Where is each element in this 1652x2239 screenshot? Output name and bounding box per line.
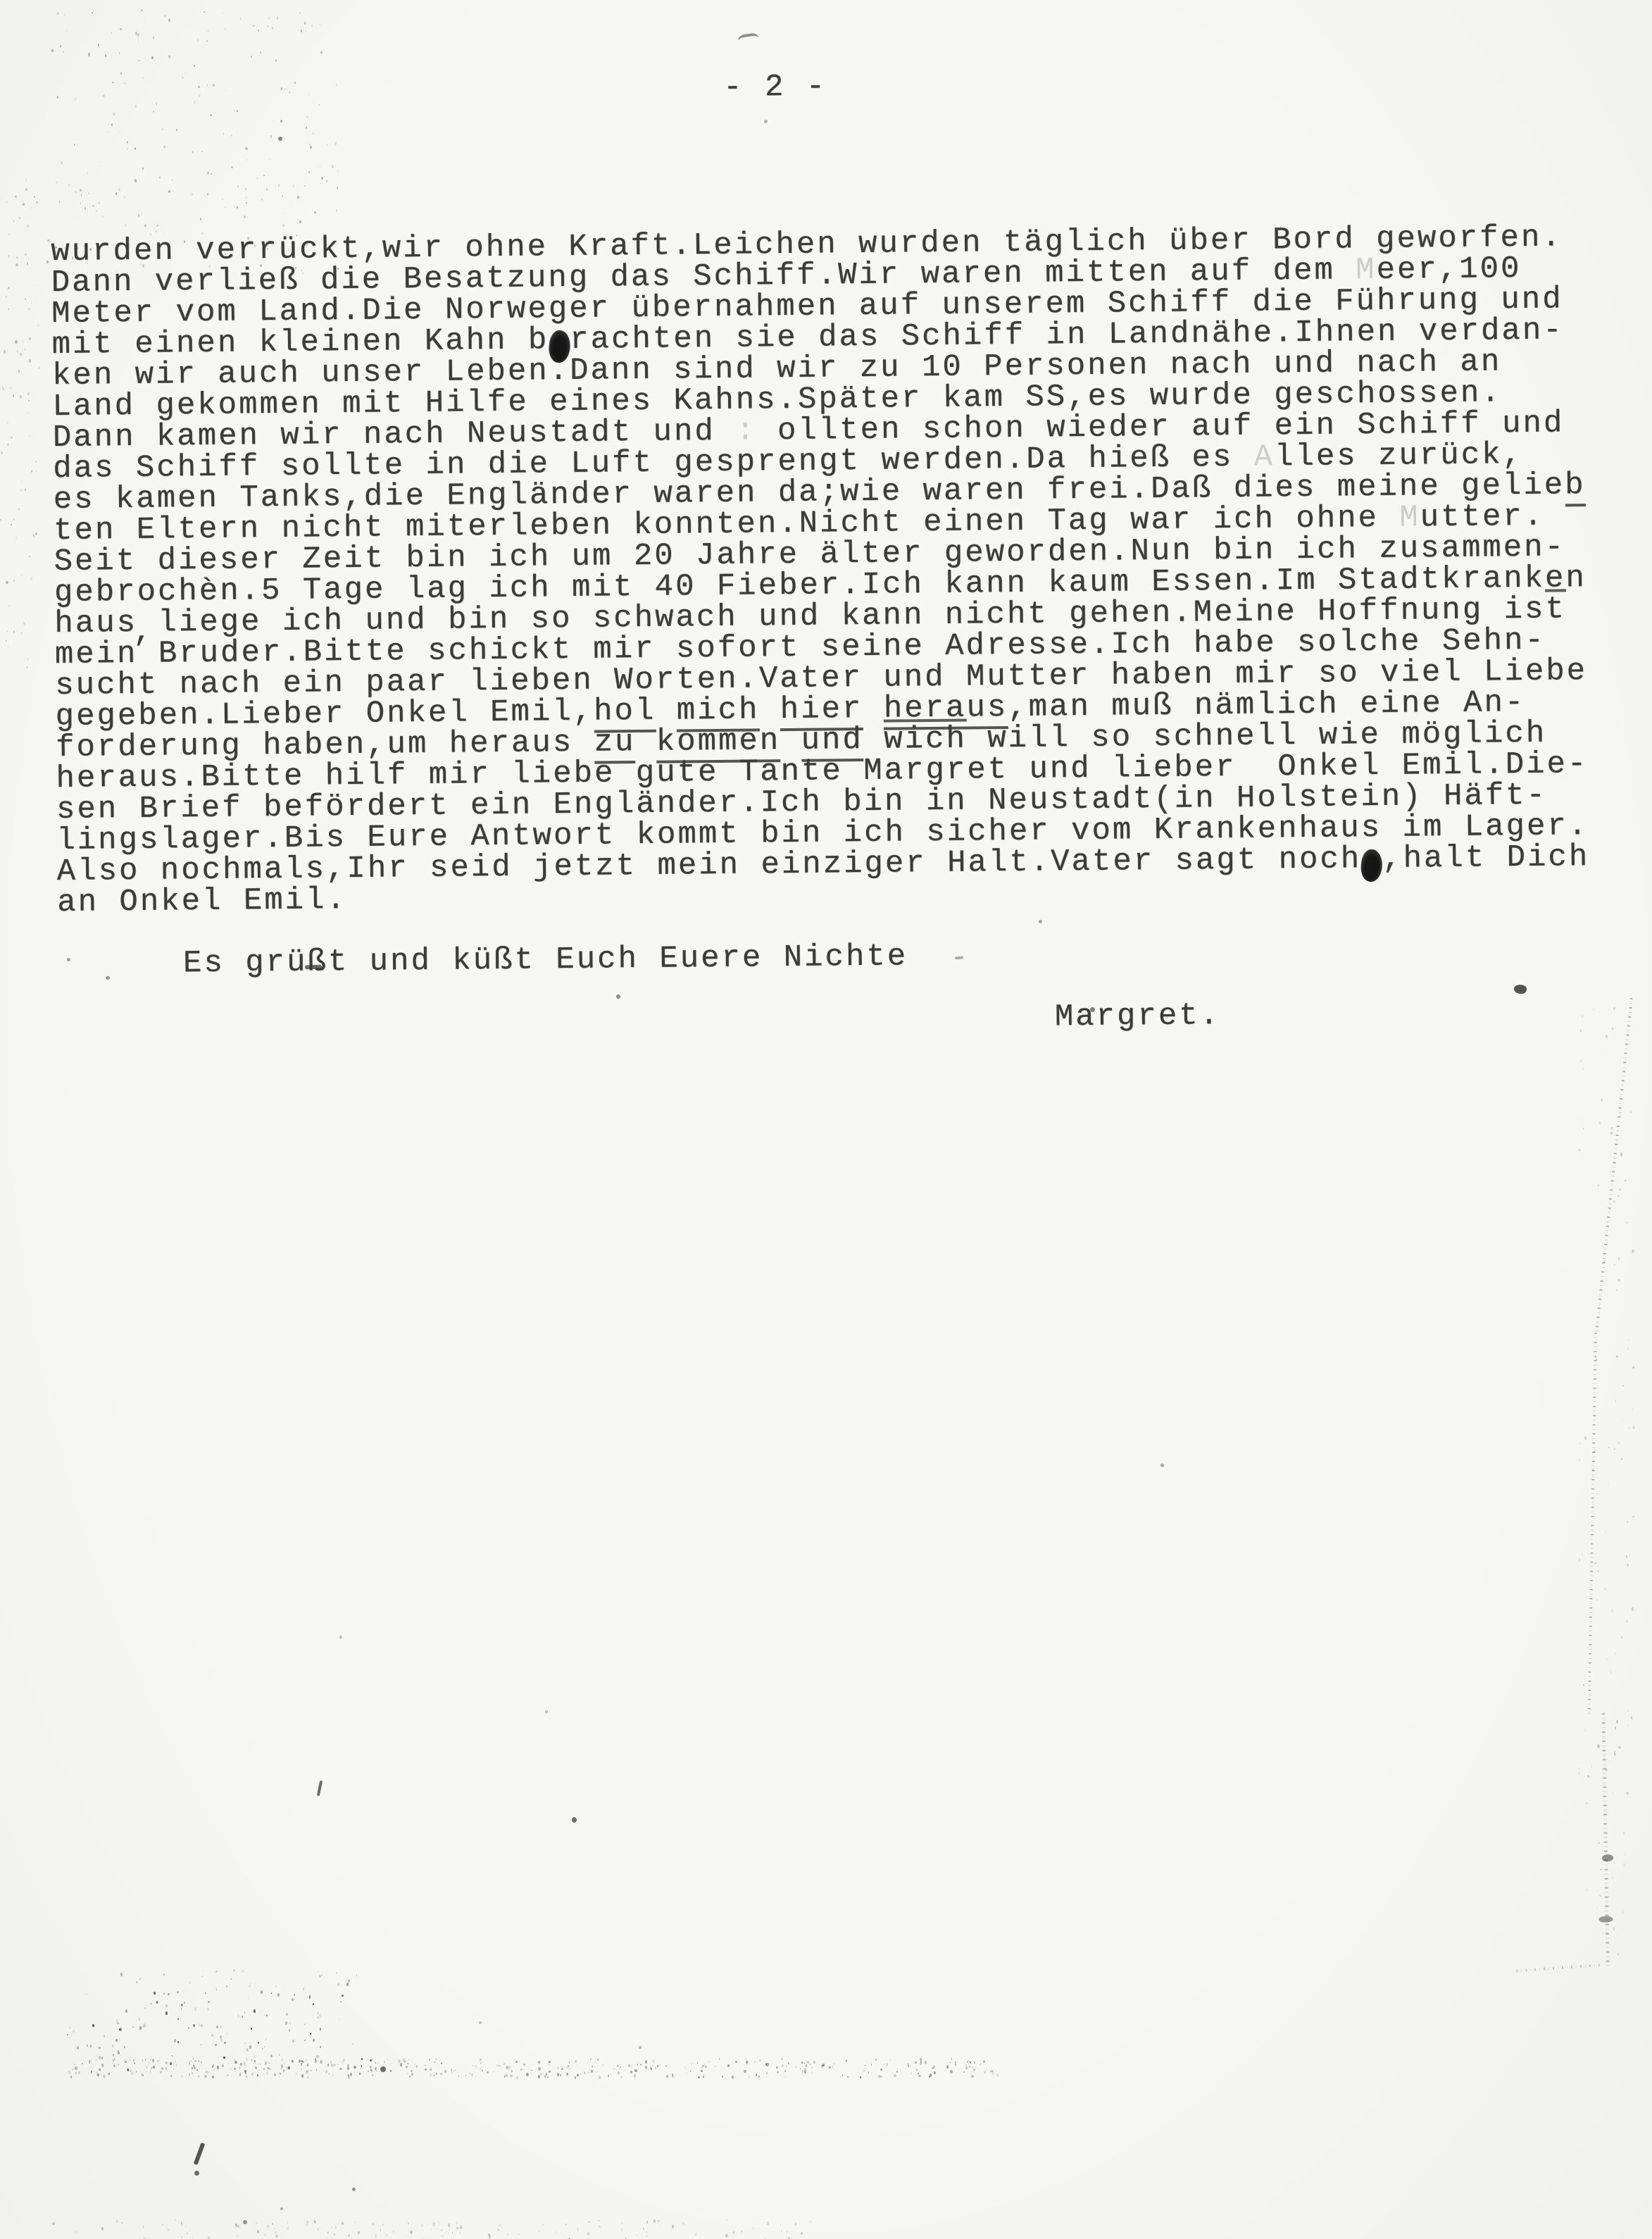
scan-noise-dot	[473, 2076, 473, 2078]
scan-noise-dot	[193, 2064, 194, 2065]
scan-noise-dot	[348, 2074, 349, 2077]
scan-noise-dot	[884, 2063, 885, 2064]
scan-noise-dot	[220, 2038, 223, 2042]
scan-noise-dot	[766, 2072, 768, 2074]
scan-noise-dot	[1623, 1863, 1625, 1866]
scan-noise-dot	[1607, 1658, 1608, 1660]
scan-noise-dot	[599, 2076, 601, 2079]
scan-noise-dot	[650, 2066, 651, 2069]
scan-noise-dot	[208, 2071, 209, 2073]
scan-noise-dot	[215, 1971, 218, 1973]
scan-noise-dot	[1617, 1190, 1618, 1191]
scan-noise-dot	[1579, 1442, 1581, 1445]
scan-noise-dot	[1592, 1468, 1594, 1471]
scan-noise-dot	[251, 56, 252, 58]
scan-noise-dot	[1597, 1570, 1599, 1573]
scan-noise-dot	[1610, 1761, 1611, 1763]
scanned-letter-page: - 2 - wurden verrückt,wir ohne Kraft.Lei…	[0, 0, 1652, 2239]
scan-noise-dot	[777, 2071, 779, 2073]
scan-noise-dot	[177, 2018, 179, 2020]
scan-noise-dot	[1616, 1289, 1617, 1292]
scan-noise-dot	[257, 2074, 258, 2077]
scan-noise-dot	[73, 2030, 75, 2033]
scan-noise-dot	[264, 2046, 265, 2047]
scan-noise-dot	[190, 2060, 192, 2062]
scan-noise-dot	[937, 2073, 938, 2074]
scan-noise-dot	[96, 2059, 97, 2061]
scan-noise-dot	[557, 2073, 559, 2076]
scan-noise-dot	[1600, 1869, 1602, 1871]
scan-noise-dot	[99, 2047, 101, 2049]
scan-noise-dot	[603, 2064, 603, 2066]
text-segment	[759, 692, 780, 728]
scan-noise-dot	[8, 308, 8, 310]
scan-noise-dot	[361, 2058, 363, 2060]
scan-noise-dot	[202, 1976, 203, 1977]
scan-noise-dot	[244, 2062, 246, 2066]
scan-noise-dot	[350, 2073, 352, 2076]
scan-noise-dot	[804, 2070, 806, 2073]
scan-noise-dot	[1609, 1920, 1610, 1922]
scan-noise-dot	[181, 2004, 182, 2007]
scan-noise-dot	[590, 2058, 592, 2059]
scan-noise-dot	[577, 2073, 578, 2075]
text-segment: wich	[884, 719, 967, 758]
scan-noise-dot	[971, 2075, 973, 2078]
scan-noise-dot	[320, 2046, 321, 2048]
scan-noise-dot	[331, 2064, 333, 2067]
scan-noise-dot	[1603, 1261, 1606, 1263]
scan-noise-dot	[1580, 1029, 1582, 1033]
scan-noise-dot	[320, 2046, 321, 2048]
scan-noise-dot	[410, 2231, 412, 2234]
scan-noise-dot	[201, 2044, 201, 2045]
scan-noise-dot	[168, 1993, 170, 1996]
scan-noise-dot	[241, 2221, 242, 2222]
scan-noise-dot	[497, 2228, 499, 2231]
scan-noise-dot	[749, 2076, 749, 2078]
scan-noise-dot	[25, 188, 27, 191]
scan-noise-dot	[560, 2074, 561, 2076]
scan-noise-dot	[965, 2064, 967, 2066]
scan-noise-dot	[846, 2059, 847, 2062]
scan-noise-dot	[36, 201, 38, 204]
scan-noise-dot	[1619, 1188, 1620, 1191]
scan-noise-dot	[165, 15, 166, 17]
scan-noise-dot	[118, 2064, 119, 2066]
scan-noise-dot	[216, 1989, 217, 1991]
scan-noise-dot	[380, 2229, 381, 2231]
scan-noise-dot	[199, 2060, 199, 2062]
scan-noise-dot	[143, 2226, 144, 2228]
scan-noise-dot	[971, 2071, 972, 2073]
scan-noise-dot	[803, 2070, 804, 2072]
scan-noise-dot	[592, 2066, 593, 2067]
text-segment	[656, 693, 677, 728]
scan-noise-dot	[754, 2061, 756, 2064]
scan-noise-dot	[804, 2068, 806, 2071]
scan-noise-dot	[504, 2076, 506, 2078]
scan-noise-dot	[99, 2056, 101, 2059]
scan-noise-dot	[6, 201, 7, 203]
scan-noise-dot	[156, 2001, 158, 2003]
fold-crease	[1595, 998, 1633, 1335]
scan-noise-dot	[651, 2068, 652, 2070]
scan-noise-dot	[1587, 1775, 1589, 1778]
scan-noise-dot	[271, 1992, 272, 1994]
scan-noise-dot	[157, 2060, 159, 2062]
scan-noise-dot	[538, 2075, 540, 2078]
scan-noise-dot	[608, 2075, 608, 2077]
scan-speck	[1601, 1854, 1613, 1863]
scan-noise-dot	[281, 2064, 283, 2067]
text-segment: A	[1253, 439, 1275, 475]
scan-noise-dot	[168, 55, 170, 58]
scan-noise-dot	[1613, 1792, 1615, 1795]
scan-noise-dot	[480, 2059, 482, 2061]
scan-noise-dot	[510, 2066, 512, 2069]
scan-noise-dot	[342, 1995, 344, 1997]
scan-noise-dot	[282, 2059, 283, 2061]
scan-noise-dot	[19, 395, 21, 398]
scan-noise-dot	[116, 2019, 118, 2023]
scan-noise-dot	[170, 2062, 172, 2065]
scan-noise-dot	[38, 325, 39, 326]
scan-noise-dot	[659, 2064, 661, 2066]
scan-noise-dot	[316, 2069, 317, 2071]
scan-noise-dot	[1607, 1221, 1608, 1223]
scan-noise-dot	[288, 2066, 290, 2070]
scan-noise-dot	[398, 2059, 400, 2063]
scan-noise-dot	[127, 2069, 129, 2071]
scan-noise-dot	[577, 2228, 579, 2230]
scan-noise-dot	[1608, 1957, 1610, 1959]
scan-noise-dot	[90, 2045, 92, 2047]
scan-noise-dot	[1632, 1607, 1634, 1611]
scan-noise-dot	[237, 2225, 239, 2227]
scan-noise-dot	[86, 1994, 87, 1995]
scan-noise-dot	[320, 2060, 322, 2064]
scan-noise-dot	[313, 2003, 314, 2005]
scan-noise-dot	[655, 2066, 657, 2069]
scan-speck	[280, 2207, 283, 2210]
scan-noise-dot	[91, 2071, 92, 2073]
scan-noise-dot	[223, 2057, 225, 2059]
scan-noise-dot	[812, 2067, 813, 2069]
scan-noise-dot	[565, 2224, 567, 2226]
scan-noise-dot	[690, 2069, 692, 2072]
scan-noise-dot	[194, 65, 196, 67]
scan-noise-dot	[915, 2062, 917, 2064]
scan-noise-dot	[951, 2058, 953, 2060]
scan-noise-dot	[320, 24, 320, 25]
scan-noise-dot	[983, 2060, 985, 2063]
scan-noise-dot	[437, 2220, 439, 2223]
scan-noise-dot	[516, 2076, 518, 2080]
scan-noise-dot	[234, 2061, 237, 2064]
header-gap	[49, 94, 1652, 237]
scan-noise-dot	[510, 2075, 512, 2077]
scan-noise-dot	[239, 2066, 239, 2068]
scan-noise-dot	[235, 2071, 237, 2073]
scan-noise-dot	[920, 2058, 921, 2061]
scan-noise-dot	[1586, 1802, 1587, 1804]
scan-noise-dot	[1583, 1684, 1585, 1686]
scan-noise-dot	[196, 2069, 197, 2071]
scan-noise-dot	[1613, 1927, 1615, 1930]
scan-noise-dot	[217, 2066, 219, 2069]
scan-noise-dot	[781, 2058, 783, 2060]
scan-speck	[380, 2066, 386, 2072]
scan-noise-dot	[890, 2059, 891, 2061]
scan-noise-dot	[340, 2001, 341, 2002]
scan-noise-dot	[7, 422, 8, 425]
scan-noise-dot	[342, 2222, 343, 2224]
scan-noise-dot	[690, 2071, 691, 2072]
scan-noise-dot	[138, 60, 140, 62]
scan-noise-dot	[386, 2234, 388, 2237]
scan-speck	[572, 1817, 577, 1823]
scan-noise-dot	[251, 2059, 253, 2062]
scan-noise-dot	[36, 470, 37, 471]
scan-noise-dot	[322, 1974, 323, 1976]
scan-noise-dot	[70, 2076, 72, 2078]
scan-noise-dot	[47, 239, 49, 242]
scan-noise-dot	[628, 2064, 630, 2067]
scan-noise-dot	[393, 2231, 394, 2233]
scan-noise-dot	[194, 2065, 194, 2067]
scan-noise-dot	[316, 2055, 318, 2058]
scan-noise-dot	[702, 2065, 703, 2067]
scan-noise-dot	[451, 2069, 452, 2071]
scan-noise-dot	[666, 2075, 668, 2078]
scan-noise-dot	[871, 2064, 872, 2065]
scan-noise-dot	[167, 2229, 169, 2231]
scan-noise-dot	[330, 2061, 332, 2064]
scan-noise-dot	[144, 2237, 146, 2239]
scan-noise-dot	[246, 2076, 247, 2078]
scan-noise-dot	[265, 2038, 266, 2040]
scan-noise-dot	[156, 63, 156, 64]
scan-noise-dot	[804, 2062, 806, 2064]
scan-noise-dot	[132, 2026, 134, 2028]
scan-noise-dot	[934, 2071, 936, 2074]
scan-noise-dot	[35, 532, 37, 535]
scan-noise-dot	[301, 2074, 304, 2078]
scan-noise-dot	[208, 30, 208, 32]
scan-noise-dot	[584, 2071, 585, 2074]
scan-noise-dot	[160, 2071, 162, 2073]
scan-noise-dot	[119, 52, 120, 54]
scan-noise-dot	[1632, 1366, 1634, 1368]
scan-noise-dot	[266, 2071, 268, 2075]
scan-noise-dot	[372, 2059, 373, 2061]
scan-noise-dot	[303, 1988, 304, 1990]
scan-noise-dot	[197, 39, 199, 42]
scan-noise-dot	[1628, 1339, 1629, 1341]
scan-noise-dot	[360, 2065, 361, 2067]
scan-noise-dot	[99, 2069, 101, 2071]
fold-crease	[1512, 1964, 1600, 1973]
scan-noise-dot	[113, 2064, 115, 2067]
scan-noise-dot	[165, 2012, 168, 2015]
scan-noise-dot	[177, 2041, 178, 2043]
scan-noise-dot	[246, 2048, 249, 2051]
scan-noise-dot	[72, 2068, 74, 2071]
scan-noise-dot	[212, 2076, 214, 2078]
scan-noise-dot	[154, 1992, 156, 1994]
scan-noise-dot	[1626, 1555, 1627, 1558]
scan-noise-dot	[258, 2042, 259, 2044]
scan-noise-dot	[165, 2004, 168, 2007]
scan-noise-dot	[384, 2061, 386, 2064]
scan-noise-dot	[572, 2066, 574, 2068]
scan-noise-dot	[822, 2064, 825, 2066]
scan-noise-dot	[15, 212, 15, 213]
scan-noise-dot	[8, 255, 10, 258]
scan-noise-dot	[658, 2220, 659, 2222]
scan-noise-dot	[645, 2066, 647, 2069]
scan-noise-dot	[597, 2059, 599, 2061]
scan-noise-dot	[588, 2072, 589, 2073]
scan-noise-dot	[1622, 1420, 1623, 1421]
scan-noise-dot	[698, 2076, 700, 2078]
scan-noise-dot	[28, 412, 29, 414]
text-segment	[863, 692, 884, 727]
scan-noise-dot	[1616, 1142, 1617, 1144]
scan-noise-dot	[695, 2233, 697, 2236]
scan-noise-dot	[116, 2220, 118, 2223]
scan-noise-dot	[444, 2233, 445, 2235]
scan-noise-dot	[8, 647, 9, 649]
scan-noise-dot	[137, 33, 139, 37]
scan-noise-dot	[834, 2063, 834, 2065]
scan-noise-dot	[25, 349, 25, 350]
scan-noise-dot	[172, 2055, 173, 2057]
scan-noise-dot	[267, 25, 269, 27]
scan-speck	[352, 2188, 356, 2191]
scan-noise-dot	[170, 2062, 172, 2065]
scan-noise-dot	[929, 2076, 930, 2078]
scan-noise-dot	[561, 2068, 563, 2070]
scan-noise-dot	[305, 30, 306, 32]
scan-noise-dot	[337, 1983, 339, 1987]
scan-noise-dot	[715, 2066, 716, 2068]
scan-noise-dot	[93, 10, 94, 12]
scan-noise-dot	[1629, 1427, 1630, 1429]
scan-noise-dot	[506, 2066, 508, 2069]
letter-body: wurden verrückt,wir ohne Kraft.Leichen w…	[51, 221, 1652, 918]
scan-noise-dot	[276, 1985, 277, 1988]
scan-noise-dot	[1615, 1400, 1616, 1402]
scan-noise-dot	[1617, 1458, 1618, 1459]
scan-noise-dot	[315, 2058, 316, 2061]
scan-noise-dot	[280, 2073, 281, 2076]
scan-noise-dot	[56, 12, 58, 15]
scan-noise-dot	[1608, 1447, 1609, 1448]
scan-noise-dot	[531, 2070, 532, 2071]
scan-noise-dot	[289, 2022, 291, 2025]
scan-speck	[479, 2021, 482, 2024]
scan-noise-dot	[1597, 1565, 1598, 1566]
scan-noise-dot	[829, 2066, 830, 2069]
scan-noise-dot	[275, 2060, 276, 2062]
scan-noise-dot	[306, 2070, 308, 2073]
scan-noise-dot	[542, 2061, 543, 2063]
scan-noise-dot	[703, 2076, 704, 2078]
scan-noise-dot	[346, 1983, 349, 1985]
scan-noise-dot	[111, 32, 112, 34]
scan-noise-dot	[177, 2041, 178, 2043]
scan-noise-dot	[215, 1987, 217, 1989]
scan-noise-dot	[27, 392, 30, 396]
scan-noise-dot	[1606, 1933, 1608, 1935]
scan-noise-dot	[623, 2069, 625, 2072]
scan-noise-dot	[1622, 1385, 1624, 1387]
scan-noise-dot	[162, 2224, 163, 2226]
scan-noise-dot	[813, 2061, 815, 2064]
scan-noise-dot	[802, 2070, 803, 2072]
scan-noise-dot	[878, 2075, 880, 2078]
scan-noise-dot	[261, 1990, 263, 1993]
scan-noise-dot	[124, 2046, 126, 2048]
scan-noise-dot	[139, 2018, 140, 2021]
scan-noise-dot	[235, 2224, 237, 2226]
scan-noise-dot	[437, 2063, 438, 2065]
scan-noise-dot	[1596, 1890, 1597, 1890]
scan-noise-dot	[165, 2067, 167, 2070]
scan-noise-dot	[407, 2063, 408, 2065]
scan-noise-dot	[302, 2061, 304, 2064]
scan-noise-dot	[292, 1998, 294, 2001]
scan-noise-dot	[185, 73, 186, 74]
scan-noise-dot	[1632, 1249, 1634, 1253]
scan-noise-dot	[1610, 1671, 1612, 1673]
scan-noise-dot	[78, 2071, 80, 2074]
scan-noise-dot	[271, 1992, 272, 1994]
scan-noise-dot	[753, 2228, 754, 2230]
scan-noise-dot	[918, 2073, 919, 2074]
scan-noise-dot	[744, 2070, 746, 2073]
scan-noise-dot	[421, 2224, 423, 2227]
scan-noise-dot	[575, 2060, 577, 2062]
scan-noise-dot	[198, 2076, 199, 2077]
scan-noise-dot	[163, 1992, 165, 1995]
scan-noise-dot	[1626, 1792, 1628, 1795]
scan-noise-dot	[1614, 1448, 1615, 1450]
scan-noise-dot	[657, 2065, 658, 2068]
scan-noise-dot	[527, 2074, 527, 2076]
scan-noise-dot	[1610, 1132, 1613, 1135]
scan-noise-dot	[231, 2069, 232, 2070]
scan-noise-dot	[359, 2071, 361, 2075]
scan-noise-dot	[286, 2013, 288, 2016]
scan-noise-dot	[313, 2003, 314, 2005]
scan-noise-dot	[475, 2076, 476, 2077]
scan-noise-dot	[274, 2073, 276, 2076]
scan-speck	[737, 32, 760, 46]
scan-noise-dot	[911, 2073, 911, 2074]
scan-noise-dot	[782, 2064, 784, 2067]
scan-noise-dot	[28, 400, 30, 401]
scan-noise-dot	[13, 630, 15, 633]
text-segment: ,halt Dich	[1382, 840, 1590, 877]
scan-noise-dot	[201, 2062, 202, 2064]
scan-noise-dot	[177, 1991, 179, 1994]
scan-noise-dot	[1584, 1728, 1587, 1732]
scan-noise-dot	[335, 2226, 337, 2228]
scan-noise-dot	[383, 2066, 384, 2069]
